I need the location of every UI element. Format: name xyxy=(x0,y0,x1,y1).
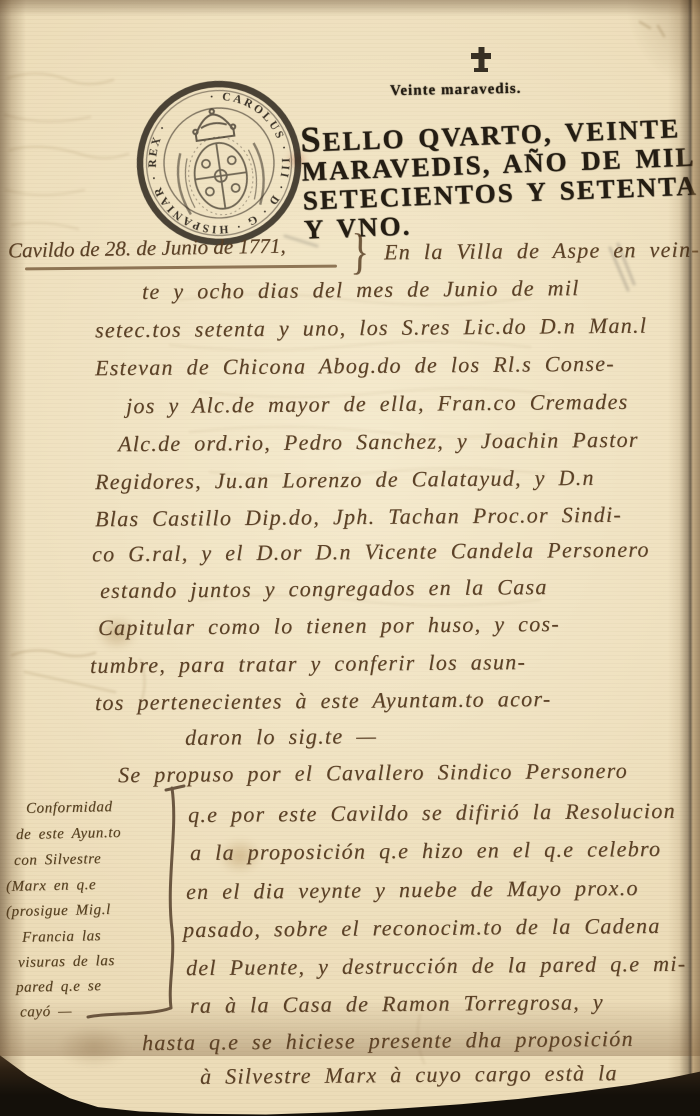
body-line: jos y Alc.de mayor de ella, Fran.co Crem… xyxy=(126,389,629,419)
margin-note-line: con Silvestre xyxy=(14,851,102,870)
binding-edge-left xyxy=(0,0,26,1116)
printers-cross-icon xyxy=(468,46,494,74)
body-line: à Silvestre Marx à cuyo cargo està la xyxy=(200,1060,618,1090)
body-line: en el dia veynte y nuebe de Mayo prox.o xyxy=(186,875,639,905)
bottom-edge-shadow xyxy=(0,1000,700,1056)
seal-shield xyxy=(184,133,258,219)
body-line: tumbre, para tratar y conferir los asun- xyxy=(90,649,526,679)
body-line: setec.tos setenta y uno, los S.res Lic.d… xyxy=(95,313,647,344)
body-line: pasado, sobre el reconocim.to de la Cade… xyxy=(183,913,661,943)
body-line: te y ocho dias del mes de Junio de mil xyxy=(142,275,580,305)
margin-note-line: Conformidad xyxy=(26,799,113,818)
margin-note-line: Francia las xyxy=(22,928,102,947)
royal-seal-stamp: · CAROLUS · III · D · G · HISPANIAR · RE… xyxy=(123,67,315,259)
body-line: co G.ral, y el D.or D.n Vicente Candela … xyxy=(92,537,650,568)
docket-line: Cavildo de 28. de Junio de 1771, xyxy=(8,234,286,264)
docket-brace: } xyxy=(350,222,370,281)
margin-note-line: de este Ayun.to xyxy=(16,825,121,844)
body-line: del Puente, y destrucción de la pared q.… xyxy=(186,951,687,981)
manuscript-page: Veinte maravedis. SELLO QVARTO, VEINTE M… xyxy=(0,0,700,1116)
docket-underline xyxy=(25,265,337,270)
seal-crown xyxy=(190,106,236,141)
body-line: daron lo sig.te — xyxy=(185,723,377,751)
body-line: Regidores, Ju.an Lorenzo de Calatayud, y… xyxy=(95,465,595,495)
body-line: Blas Castillo Dip.do, Jph. Tachan Proc.o… xyxy=(95,502,622,533)
body-line: q.e por este Cavildo se difirió la Resol… xyxy=(188,798,676,828)
body-line: estando juntos y congregados en la Casa xyxy=(100,574,548,604)
body-line: En la Villa de Aspe en vein- xyxy=(384,237,700,266)
body-line: Capitular como lo tienen por huso, y cos… xyxy=(98,611,560,641)
margin-note-line: visuras de las xyxy=(18,953,115,972)
margin-note-line: pared q.e se xyxy=(16,978,102,997)
body-line: a la proposición q.e hizo en el q.e cele… xyxy=(190,836,662,866)
body-line: Se propuso por el Cavallero Sindico Pers… xyxy=(118,758,628,788)
body-line: Estevan de Chicona Abog.do de los Rl.s C… xyxy=(95,351,615,382)
body-line: Alc.de ord.rio, Pedro Sanchez, y Joachin… xyxy=(118,427,639,458)
page-edge-right xyxy=(668,0,700,1116)
tax-value-line: Veinte maravedis. xyxy=(390,81,522,100)
body-line: tos pertenecientes à este Ayuntam.to aco… xyxy=(95,686,552,716)
